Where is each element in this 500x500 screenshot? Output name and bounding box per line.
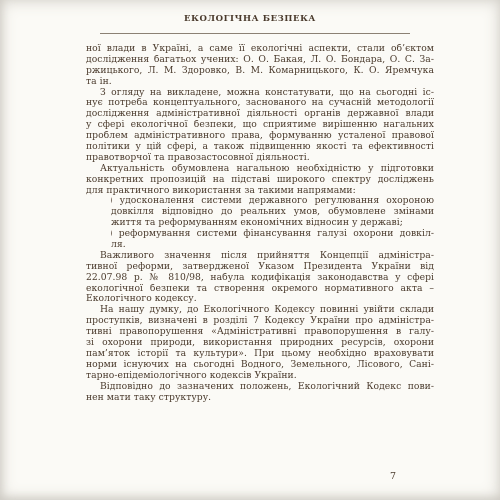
text-line: З огляду на викладене, можна констатуват…: [86, 88, 434, 99]
text-line: у сфері екологічної безпеки, що сприятим…: [86, 120, 434, 131]
book-page: ЕКОЛОГІЧНА БЕЗПЕКА ної влади в Україні, …: [0, 0, 500, 500]
list-item: 1) удосконалення системи державного регу…: [86, 196, 434, 229]
text-line: На нашу думку, до Екологічного Кодексу п…: [86, 305, 434, 316]
text-line: політики у цій сфері, а також підвищенню…: [86, 142, 434, 153]
text-line: зі охорони природи, використання природн…: [86, 338, 434, 349]
paragraph: З огляду на викладене, можна констатуват…: [86, 88, 434, 164]
text-line: ної влади в Україні, а саме її екологічн…: [86, 44, 434, 55]
text-line: проступків, визначені в розділі 7 Кодекс…: [86, 316, 434, 327]
body-text: ної влади в Україні, а саме її екологічн…: [86, 44, 434, 403]
text-line: конкретних пропозицій на підставі широко…: [86, 175, 434, 186]
text-line: дослідження багатьох учених: О. О. Бакая…: [86, 55, 434, 66]
text-line: та ін.: [86, 77, 434, 88]
text-line: тивної реформи, затвердженої Указом През…: [86, 262, 434, 273]
page-number: 7: [390, 471, 396, 482]
text-line: тарно-епідеміологічного кодексів України…: [86, 371, 434, 382]
paragraph: Відповідно до зазначених положень, Еколо…: [86, 382, 434, 404]
text-line: для практичного використання за такими н…: [86, 186, 434, 197]
text-line: 22.07.98 р. № 810/98, набула кодифікація…: [86, 273, 434, 284]
text-line: пам’яток історії та культури». При цьому…: [86, 349, 434, 360]
text-line: норми існуючих на сьогодні Водного, Земе…: [86, 360, 434, 371]
text-line: довкілля відповідно до реальних умов, об…: [111, 207, 434, 218]
list-marker: 2): [111, 229, 119, 239]
text-line: Екологічного кодексу.: [86, 294, 434, 305]
paragraph: ної влади в Україні, а саме її екологічн…: [86, 44, 434, 88]
header-rule: [100, 33, 410, 34]
text-line: тивні правопорушення «Адміністративні пр…: [86, 327, 434, 338]
text-line: правотворчої та правозастосовної діяльно…: [86, 153, 434, 164]
text-line: 2) реформування системи фінансування гал…: [111, 229, 434, 240]
text-line: ржицького, Л. М. Здоровко, В. М. Комарни…: [86, 66, 434, 77]
paragraph: На нашу думку, до Екологічного Кодексу п…: [86, 305, 434, 381]
text-line: дослідження адміністративної діяльності …: [86, 109, 434, 120]
text-line: 1) удосконалення системи державного регу…: [111, 196, 434, 207]
paragraph: Актуальність обумовлена нагальною необхі…: [86, 164, 434, 197]
list-marker: 1): [111, 196, 120, 206]
text-line: Важливого значення після прийняття Конце…: [86, 251, 434, 262]
text-line: проблем адміністративного права, формува…: [86, 131, 434, 142]
paragraph: Важливого значення після прийняття Конце…: [86, 251, 434, 305]
text-line: ля.: [111, 240, 434, 251]
text-line: життя та реформуванням економічних відно…: [111, 218, 434, 229]
text-line: Відповідно до зазначених положень, Еколо…: [86, 382, 434, 393]
text-line: нен мати таку структуру.: [86, 393, 434, 404]
list-item: 2) реформування системи фінансування гал…: [86, 229, 434, 251]
page-header-title: ЕКОЛОГІЧНА БЕЗПЕКА: [0, 14, 500, 24]
text-line: нує потреба концептуального, заснованого…: [86, 98, 434, 109]
text-line: Актуальність обумовлена нагальною необхі…: [86, 164, 434, 175]
text-line: екологічної безпеки та створення окремог…: [86, 284, 434, 295]
